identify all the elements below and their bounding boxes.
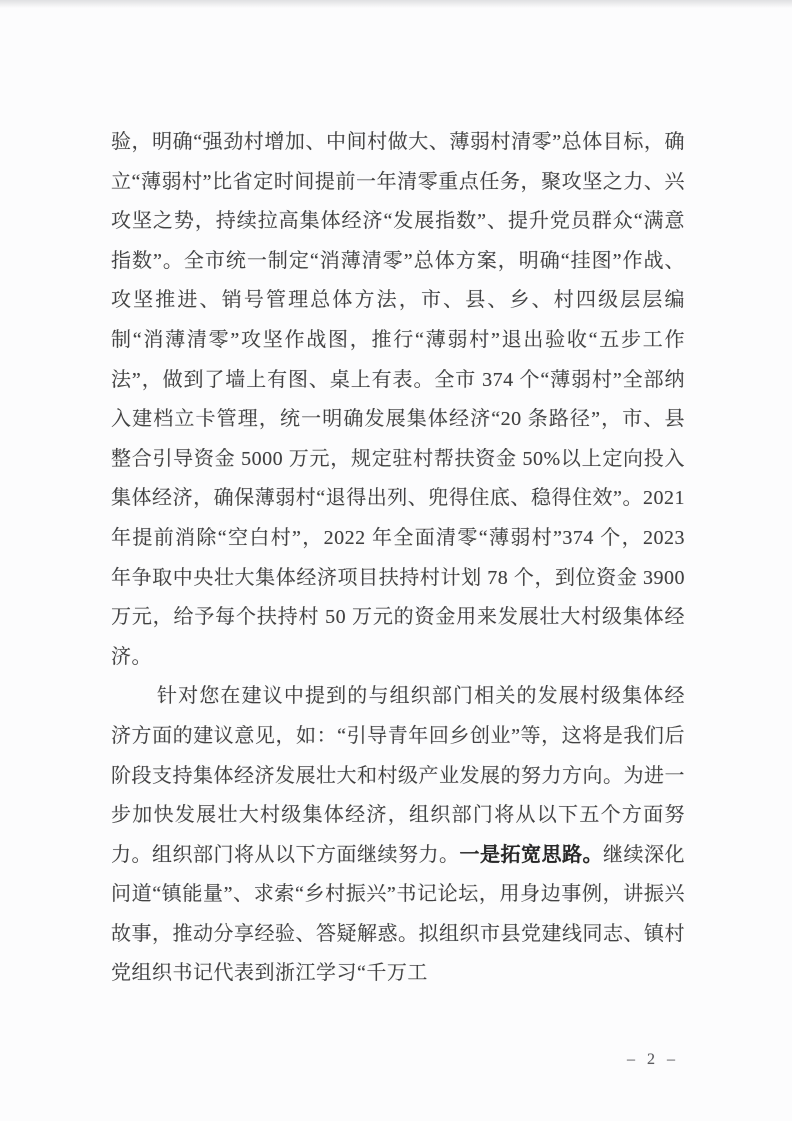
document-body: 验，明确“强劲村增加、中间村做大、薄弱村清零”总体目标，确立“薄弱村”比省定时间… <box>111 123 685 994</box>
text-segment: 验，明确“强劲村增加、中间村做大、薄弱村清零”总体目标，确立“薄弱村”比省定时间… <box>111 131 685 668</box>
body-paragraph: 验，明确“强劲村增加、中间村做大、薄弱村清零”总体目标，确立“薄弱村”比省定时间… <box>111 123 685 677</box>
bold-text-segment: 一是拓宽思路。 <box>460 844 604 866</box>
scanned-document-page: { "page": { "background_color": "#fcfcfd… <box>0 0 792 1121</box>
page-number: – 2 – <box>608 1048 698 1072</box>
text-segment: 针对您在建议中提到的与组织部门相关的发展村级集体经济方面的建议意见，如：“引导青… <box>111 685 685 865</box>
scan-edge-shadow <box>0 0 792 8</box>
body-paragraph: 针对您在建议中提到的与组织部门相关的发展村级集体经济方面的建议意见，如：“引导青… <box>111 677 685 994</box>
